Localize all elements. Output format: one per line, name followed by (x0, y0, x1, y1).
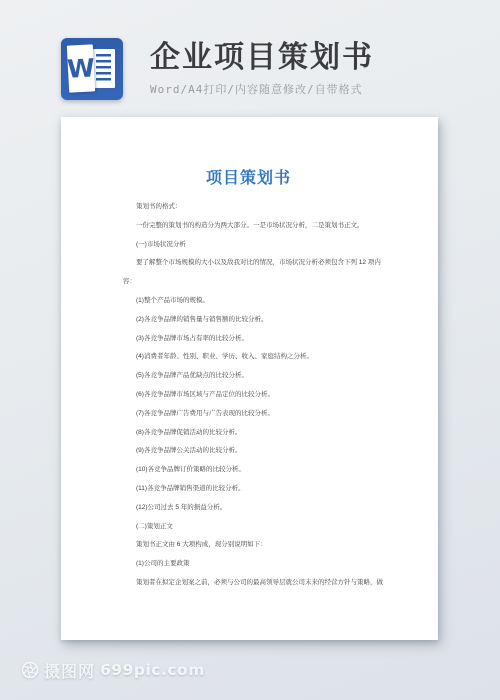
document-line: 策划书的格式： (123, 198, 374, 217)
word-w-page: W (67, 44, 95, 92)
watermark-site-domain: 699pic.com (100, 661, 205, 679)
document-line: (9)各竞争品牌公关活动的比较分析。 (123, 442, 374, 461)
header-text: 企业项目策划书 Word/A4打印/内容随意修改/自带格式 (150, 38, 374, 96)
page-subtitle: Word/A4打印/内容随意修改/自带格式 (150, 83, 374, 96)
word-letter: W (67, 55, 96, 81)
document-line: (6)各竞争品牌市场区域与产品定位的比较分析。 (123, 386, 374, 405)
document-line: 容： (123, 273, 374, 292)
document-line: 一份完整的策划书的构造分为两大部分。一是市场状况分析，二是策划书正文。 (123, 217, 374, 236)
document-line: 策划书正文由 6 大项构成，现分别说明如下： (123, 536, 374, 555)
word-document-lines (96, 54, 111, 83)
document-title: 项目策划书 (123, 170, 374, 187)
watermark-site-name: 摄图网 (44, 659, 95, 682)
header: W 企业项目策划书 Word/A4打印/内容随意修改/自带格式 (61, 38, 374, 100)
document-line: (8)各竞争品牌促销活动的比较分析。 (123, 424, 374, 443)
word-logo-icon: W (61, 38, 123, 100)
document-body: 策划书的格式：一份完整的策划书的构造分为两大部分。一是市场状况分析，二是策划书正… (123, 198, 374, 593)
watermark: 摄图网 699pic.com (21, 659, 205, 681)
document-line: (3)各竞争品牌市场占有率的比较分析。 (123, 330, 374, 349)
page-title: 企业项目策划书 (150, 40, 374, 76)
document-line: (1)整个产品市场的规模。 (123, 292, 374, 311)
document-line: (二)策划正文 (123, 518, 374, 537)
document-line: 策划者在拟定企划案之前，必须与公司的最高领导层就公司未来的经营方针与策略，做 (123, 574, 374, 593)
template-preview: W 企业项目策划书 Word/A4打印/内容随意修改/自带格式 项目策划书 策划… (0, 0, 500, 700)
document-line: 要了解整个市场规模的大小以及敌我对比的情况，市场状况分析必须包含下列 12 项内 (123, 254, 374, 273)
document-line: (10)各竞争品牌订价策略的比较分析。 (123, 461, 374, 480)
document-line: (7)各竞争品牌广告费用与广告表现的比较分析。 (123, 405, 374, 424)
aperture-icon (21, 661, 39, 679)
document-page: 项目策划书 策划书的格式：一份完整的策划书的构造分为两大部分。一是市场状况分析，… (61, 117, 438, 640)
document-line: (一)市场状况分析 (123, 236, 374, 255)
document-line: (1)公司的主要政策 (123, 555, 374, 574)
document-line: (11)各竞争品牌销售渠道的比较分析。 (123, 480, 374, 499)
document-line: (5)各竞争品牌产品优缺点的比较分析。 (123, 367, 374, 386)
document-line: (4)消费者年龄、性别、职业、学历、收入、家庭结构之分析。 (123, 348, 374, 367)
document-line: (12)公司过去 5 年的损益分析。 (123, 499, 374, 518)
document-line: (2)各竞争品牌的销售量与销售额的比较分析。 (123, 311, 374, 330)
